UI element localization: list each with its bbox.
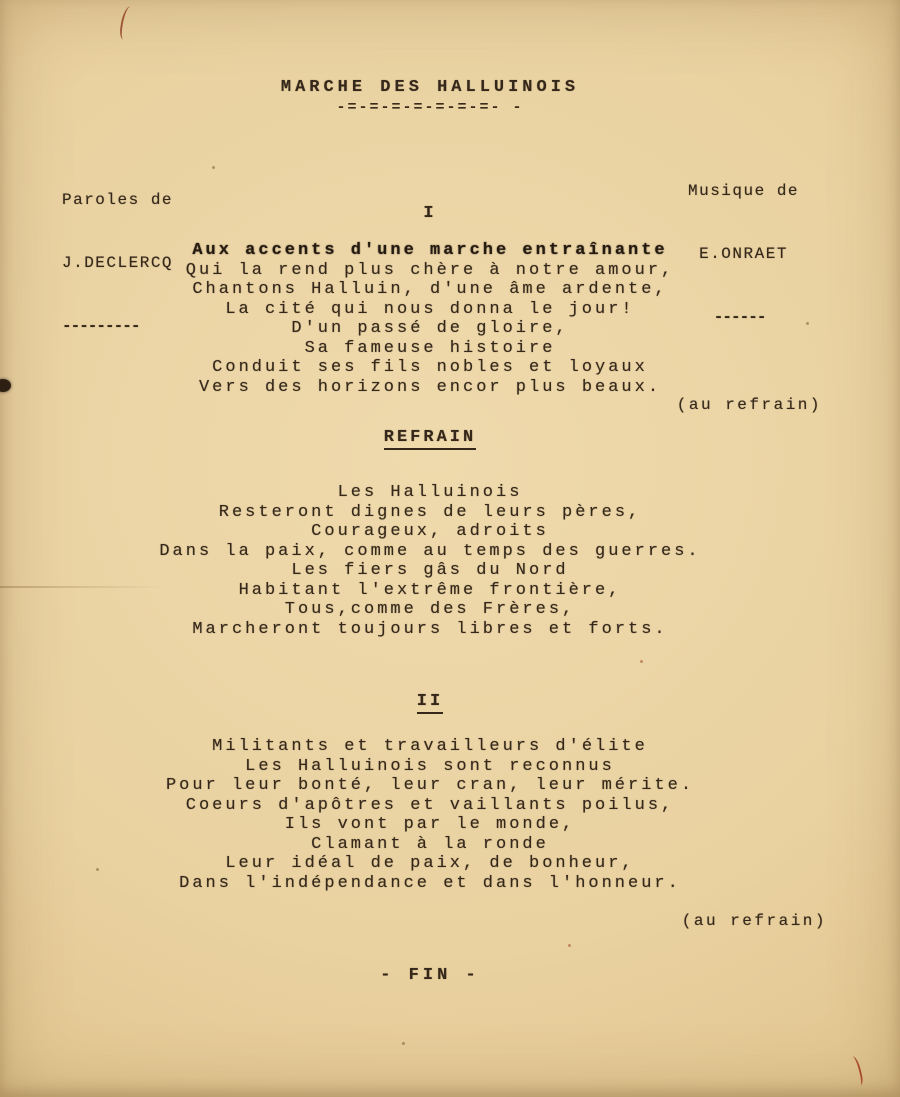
- lyric-line: Chantons Halluin, d'une âme ardente,: [0, 280, 860, 300]
- lyric-line: Militants et travailleurs d'élite: [0, 737, 860, 757]
- lyric-line: Habitant l'extrême frontière,: [0, 581, 860, 601]
- lyric-line: Tous,comme des Frères,: [0, 600, 860, 620]
- lyric-line: Vers des horizons encor plus beaux.: [0, 378, 860, 398]
- title-block: MARCHE DES HALLUINOIS -=-=-=-=-=-=-=- -: [0, 78, 860, 116]
- verse-2-heading: II: [417, 692, 443, 714]
- title-underline: -=-=-=-=-=-=-=- -: [0, 99, 860, 116]
- lyric-line: Marcheront toujours libres et forts.: [0, 620, 860, 640]
- lyric-line: Dans l'indépendance et dans l'honneur.: [0, 874, 860, 894]
- scanned-song-sheet: MARCHE DES HALLUINOIS -=-=-=-=-=-=-=- - …: [0, 0, 900, 1097]
- lyric-line: Conduit ses fils nobles et loyaux: [0, 358, 860, 378]
- lyric-line: Dans la paix, comme au temps des guerres…: [0, 542, 860, 562]
- lyric-line: Ils vont par le monde,: [0, 815, 860, 835]
- paper-speck: [402, 1042, 405, 1045]
- document-title: MARCHE DES HALLUINOIS: [0, 78, 860, 97]
- verse-1-heading: I: [423, 204, 436, 223]
- paper-speck: [640, 660, 643, 663]
- end-marker: - FIN -: [0, 966, 860, 985]
- lyric-line: La cité qui nous donna le jour!: [0, 300, 860, 320]
- refrain-lines: Les HalluinoisResteront dignes de leurs …: [0, 483, 860, 639]
- lyric-line: Les Halluinois sont reconnus: [0, 757, 860, 777]
- verse-1: I Aux accents d'une marche entraînanteQu…: [0, 204, 860, 397]
- lyric-line: Qui la rend plus chère à notre amour,: [0, 261, 860, 281]
- lyric-line: Leur idéal de paix, de bonheur,: [0, 854, 860, 874]
- refrain: REFRAIN Les HalluinoisResteront dignes d…: [0, 428, 860, 639]
- lyric-line: Les Halluinois: [0, 483, 860, 503]
- music-credit-role: Musique de: [688, 181, 799, 202]
- lyric-line: Sa fameuse histoire: [0, 339, 860, 359]
- paper-speck: [212, 166, 215, 169]
- refrain-cue-2: (au refrain): [682, 912, 827, 930]
- verse-2-lines: Militants et travailleurs d'éliteLes Hal…: [0, 737, 860, 893]
- lyric-line: Pour leur bonté, leur cran, leur mérite.: [0, 776, 860, 796]
- verse-1-lines: Aux accents d'une marche entraînanteQui …: [0, 241, 860, 397]
- lyric-line: Clamant à la ronde: [0, 835, 860, 855]
- lyric-line: Les fiers gâs du Nord: [0, 561, 860, 581]
- lyric-line: Courageux, adroits: [0, 522, 860, 542]
- lyric-line: Resteront dignes de leurs pères,: [0, 503, 860, 523]
- refrain-cue-1: (au refrain): [677, 396, 822, 414]
- paper-speck: [568, 944, 571, 947]
- verse-2: II Militants et travailleurs d'éliteLes …: [0, 692, 860, 893]
- red-fiber-mark-bottom: [848, 1055, 865, 1087]
- refrain-heading: REFRAIN: [384, 428, 476, 450]
- lyric-line: D'un passé de gloire,: [0, 319, 860, 339]
- red-fiber-mark-top: [118, 5, 135, 40]
- lyric-line: Aux accents d'une marche entraînante: [0, 241, 860, 261]
- lyric-line: Coeurs d'apôtres et vaillants poilus,: [0, 796, 860, 816]
